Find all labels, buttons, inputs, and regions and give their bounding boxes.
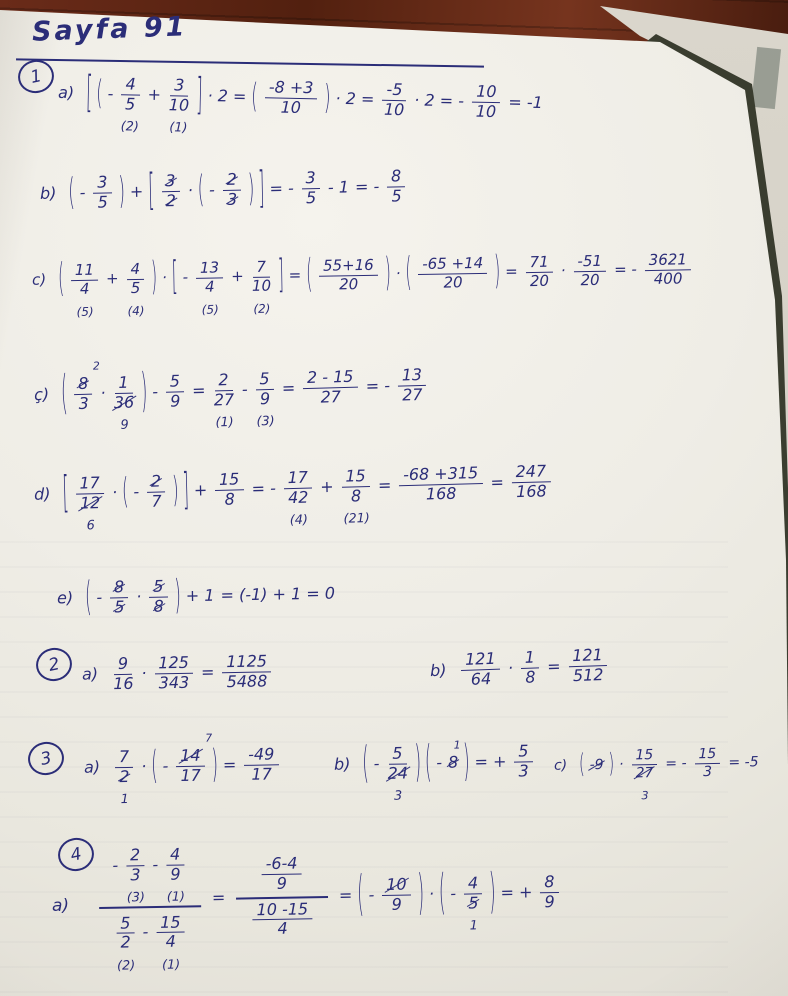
bracket: [	[148, 169, 155, 214]
bracket: )	[118, 173, 125, 212]
fraction: 35	[93, 174, 112, 211]
bracket: )	[172, 473, 179, 510]
bracket: )	[140, 368, 148, 417]
math-text: = -5	[728, 755, 758, 770]
fraction: 227(1)	[213, 372, 234, 409]
math-text: =	[547, 658, 561, 675]
fraction: -4917	[244, 746, 279, 783]
math-line-2b: b)12164·18=121512	[427, 647, 611, 690]
fraction: 121512	[568, 647, 608, 685]
math-text: -9	[590, 758, 604, 773]
fraction: 27	[147, 473, 166, 510]
math-text: =	[378, 477, 392, 494]
fraction: 23	[222, 172, 241, 209]
bracket: (	[357, 870, 364, 920]
bracket: )	[463, 740, 470, 785]
fraction: 85	[387, 168, 406, 205]
fraction: 23(3)	[126, 847, 145, 884]
bracket: (	[151, 747, 158, 787]
math-text: -	[374, 756, 380, 773]
math-text: -	[152, 384, 158, 401]
math-line-1c: c)(114(5)+45(4))·[-134(5)+710(2)]=(55+16…	[30, 252, 696, 298]
math-text: a)	[82, 666, 98, 683]
fraction: 12164	[461, 651, 501, 689]
bracket: )	[494, 252, 501, 293]
fraction: 17126	[75, 475, 104, 512]
math-text: +	[130, 184, 144, 201]
fraction: 58	[149, 578, 168, 615]
fraction: 18	[520, 649, 539, 686]
math-text: = +	[500, 884, 532, 901]
problem-number-badge-1: 1	[15, 57, 57, 97]
bracket: ]	[258, 167, 265, 212]
fraction: 158(21)	[341, 468, 370, 505]
math-text: ·	[396, 267, 401, 283]
fraction: -510	[382, 82, 407, 119]
math-text: = -	[366, 378, 391, 395]
bracket: (	[306, 256, 313, 297]
math-text: = -1	[508, 94, 543, 112]
bracket: (	[60, 370, 68, 419]
math-line-3b: b)(-5243)(-81)= +53	[332, 743, 537, 783]
bracket: ]	[182, 468, 189, 513]
math-text: =	[289, 268, 302, 284]
bracket: )	[608, 751, 614, 779]
fraction: 59	[166, 373, 185, 410]
math-text: -	[142, 925, 148, 942]
math-text: ·	[561, 264, 566, 280]
fraction: 32	[161, 173, 180, 210]
math-text: -	[368, 887, 374, 904]
fraction: 916	[113, 656, 134, 693]
fraction: 154(1)	[156, 914, 185, 951]
math-text: ·	[508, 660, 514, 677]
math-text: -	[107, 86, 113, 103]
math-text: · 2 =	[335, 91, 374, 109]
problem-number-badge-3: 3	[25, 739, 67, 779]
bracket: (	[251, 80, 258, 115]
math-line-1b: b)(-35)+[32·(-23)]= -35- 1= -85	[38, 168, 410, 212]
fraction: 1369	[113, 375, 134, 412]
math-text: c)	[554, 758, 567, 773]
math-text: = -	[665, 756, 686, 771]
fraction: -8 +310	[264, 79, 317, 117]
fraction: 49(1)	[166, 846, 185, 883]
complex-fraction: -23(3)-49(1)52(2)-154(1)	[98, 844, 202, 954]
math-text: =	[192, 383, 206, 400]
fraction: -68 +315168	[399, 465, 483, 504]
math-text: · 2 =	[207, 88, 246, 106]
bracket: (	[425, 741, 432, 786]
math-line-3c: c)(-9)·15273= -153= -5	[552, 746, 761, 782]
math-text: = (-1) + 1 = 0	[220, 585, 335, 604]
fraction: 2 - 1527	[303, 369, 358, 407]
fraction: 85	[110, 579, 129, 616]
math-text: =	[490, 474, 504, 491]
fraction: -5120	[573, 254, 606, 289]
fraction: 5243	[387, 745, 408, 782]
bracket: (	[68, 174, 75, 213]
fraction: 1742(4)	[283, 470, 312, 507]
fraction: 15273	[631, 748, 657, 781]
math-text: -	[242, 381, 248, 398]
bracket: )	[151, 258, 158, 299]
math-text: -	[209, 182, 215, 199]
complex-fraction: -6-4910 -154	[236, 853, 329, 941]
math-text: -	[152, 857, 158, 874]
fraction: 59(3)	[255, 371, 274, 408]
fraction: 153	[694, 747, 720, 780]
math-text: -	[112, 858, 118, 875]
fraction: 35	[301, 170, 320, 207]
bracket: (	[405, 254, 412, 295]
math-text: = -	[355, 179, 380, 196]
bracket: (	[579, 751, 585, 779]
math-text: -	[450, 885, 456, 902]
math-text: e)	[57, 590, 73, 607]
math-text: -	[162, 758, 168, 775]
fraction: 158	[215, 471, 244, 508]
math-text: = -	[614, 263, 637, 279]
math-text: a)	[52, 898, 69, 916]
math-line-3a: a)721·(-14177)=-4917	[82, 746, 283, 786]
math-text: ·	[188, 183, 193, 200]
bracket: (	[362, 742, 369, 787]
math-text: ·	[162, 271, 167, 287]
bracket: (	[85, 577, 92, 619]
math-text: ·	[141, 759, 146, 776]
fraction: 721	[115, 749, 134, 786]
bracket: )	[489, 868, 496, 918]
bracket: [	[86, 71, 93, 116]
page-title: Sayfa 91	[32, 11, 188, 47]
math-text: · 2 = -	[414, 92, 464, 110]
math-text: +	[320, 479, 334, 496]
fraction: 55+1620	[319, 258, 378, 294]
math-text: -	[436, 755, 442, 772]
math-text: +	[231, 269, 244, 285]
fraction: 1010	[472, 84, 501, 121]
math-text: a)	[58, 85, 74, 102]
fraction: 7120	[525, 255, 553, 290]
math-text: -	[183, 270, 189, 286]
math-text: d)	[34, 486, 51, 503]
math-text: 81	[448, 754, 458, 771]
math-text: c)	[32, 273, 46, 289]
fraction: 53	[514, 743, 533, 780]
fraction: 832	[74, 376, 93, 413]
fraction: -65 +1420	[418, 256, 488, 292]
math-line-2a: a)916·125343=11255488	[80, 653, 276, 693]
math-text: b)	[430, 662, 447, 679]
fraction: 109	[382, 876, 411, 913]
math-line-4a-label: a)	[50, 898, 78, 916]
fraction: 89	[540, 874, 559, 911]
bracket: (	[197, 171, 204, 210]
math-text: =	[223, 757, 237, 774]
fraction: 45(4)	[126, 262, 144, 297]
fraction: 451	[464, 875, 483, 912]
fraction: 1327	[398, 367, 427, 404]
fraction: 114(5)	[71, 263, 99, 298]
math-text: ·	[619, 757, 624, 772]
math-text: =	[201, 664, 215, 681]
bracket: )	[414, 741, 421, 786]
math-text: ·	[112, 485, 118, 502]
fraction: 710(2)	[251, 260, 271, 295]
math-text: =	[339, 887, 353, 904]
math-text: +	[106, 272, 119, 288]
bracket: )	[248, 170, 255, 209]
math-text: +	[147, 87, 161, 104]
fraction: 3621400	[645, 252, 692, 287]
math-text: - 1	[328, 179, 349, 196]
bracket: [	[171, 258, 178, 299]
math-text: +	[194, 482, 208, 499]
math-text: b)	[334, 756, 351, 773]
fraction: 10 -154	[252, 901, 312, 939]
math-line-1d: d)[17126·(-27)]+158= -1742(4)+158(21)=-6…	[32, 463, 555, 513]
handwriting-layer: Sayfa 91 a)[(-45(2)+310(1)]· 2 =(-8 +310…	[0, 0, 788, 996]
math-text: ·	[136, 589, 141, 606]
bracket: (	[439, 869, 446, 919]
math-text: ç)	[34, 387, 49, 404]
math-line-1a: a)[(-45(2)+310(1)]· 2 =(-8 +310)· 2 =-51…	[56, 75, 545, 122]
math-text: ·	[100, 385, 106, 402]
bracket: )	[174, 576, 181, 618]
fraction: 310(1)	[169, 77, 190, 114]
math-text: ·	[141, 665, 146, 682]
math-line-1e: e)(-85·58)+ 1= (-1) + 1 = 0	[55, 576, 338, 618]
fraction: -6-49	[261, 855, 302, 892]
math-text: a)	[84, 759, 100, 776]
fraction: 247168	[511, 463, 550, 501]
math-text: = -	[269, 180, 294, 197]
bracket: [	[62, 472, 69, 517]
fraction: 125343	[154, 655, 193, 692]
math-text: b)	[40, 185, 57, 202]
problem-number-badge-2: 2	[33, 645, 75, 685]
bracket: ]	[278, 256, 285, 297]
math-text: -	[80, 185, 86, 202]
fraction: 134(5)	[196, 260, 224, 295]
photo-of-homework-page: Sayfa 91 a)[(-45(2)+310(1)]· 2 =(-8 +310…	[0, 0, 788, 996]
fraction: 52(2)	[116, 915, 135, 952]
bracket: )	[385, 254, 392, 295]
math-text: = -	[251, 480, 276, 497]
bracket: (	[58, 260, 65, 301]
math-text: -	[133, 484, 139, 501]
math-text: + 1	[186, 588, 215, 605]
math-text: ·	[429, 886, 434, 903]
fraction: 14177	[176, 748, 205, 785]
fraction: 11255488	[222, 653, 271, 690]
math-line-4a: -23(3)-49(1)52(2)-154(1)=-6-4910 -154=(-…	[91, 838, 563, 954]
bracket: (	[96, 76, 103, 111]
math-text: =	[505, 265, 518, 281]
bracket: )	[211, 746, 218, 786]
fraction: 45(2)	[121, 76, 140, 113]
math-text: = +	[474, 754, 506, 771]
math-text: =	[212, 889, 226, 906]
bracket: )	[417, 869, 424, 919]
math-text: -	[96, 590, 102, 607]
bracket: )	[324, 81, 331, 116]
math-line-1g: ç)(832·1369)-59=227(1)-59(3)=2 - 1527= -…	[32, 367, 431, 414]
bracket: ]	[196, 73, 203, 118]
bracket: (	[122, 474, 129, 511]
math-text: =	[282, 380, 296, 397]
